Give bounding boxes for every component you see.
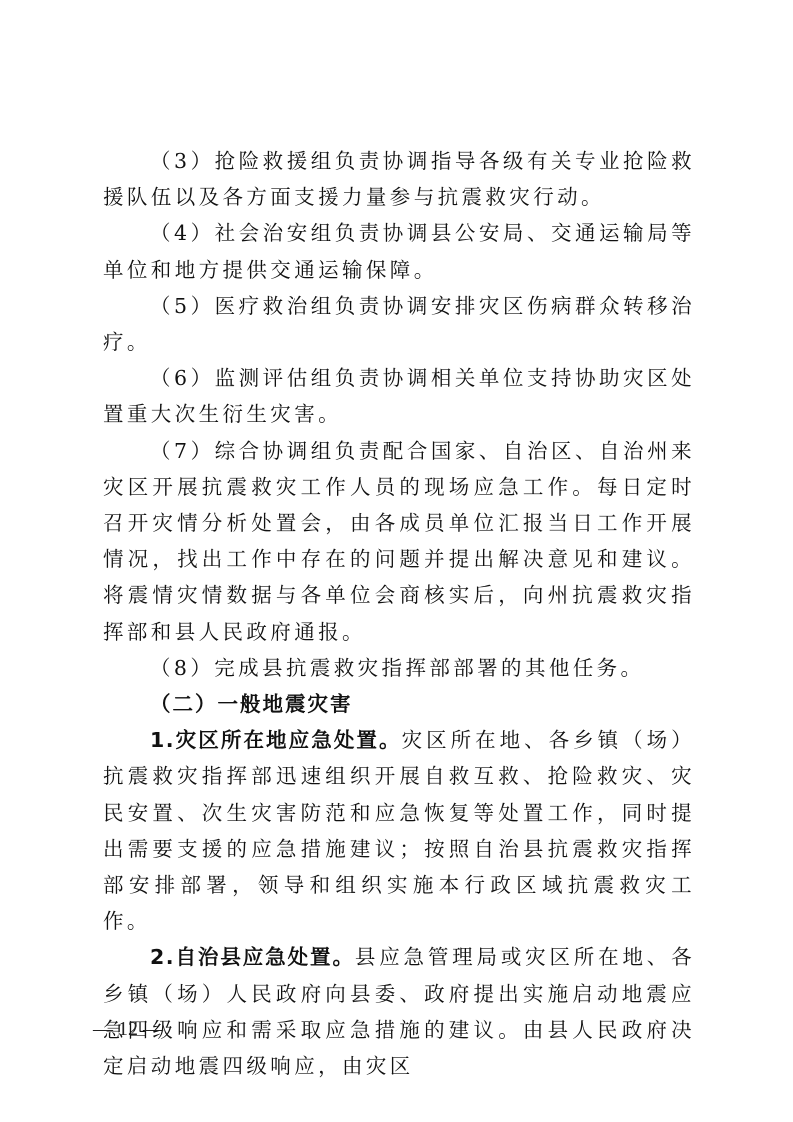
document-body: （3）抢险救援组负责协调指导各级有关专业抢险救援队伍以及各方面支援力量参与抗震救… bbox=[103, 143, 695, 1084]
section-heading: （二）一般地震灾害 bbox=[103, 686, 695, 722]
item-2-lead: 2.自治县应急处置。 bbox=[150, 945, 355, 969]
item-1-lead: 1.灾区所在地应急处置。 bbox=[150, 728, 402, 752]
paragraph-item-4: （4）社会治安组负责协调县公安局、交通运输局等单位和地方提供交通运输保障。 bbox=[103, 215, 695, 287]
numbered-item-2: 2.自治县应急处置。县应急管理局或灾区所在地、各乡镇（场）人民政府向县委、政府提… bbox=[103, 939, 695, 1084]
paragraph-item-3: （3）抢险救援组负责协调指导各级有关专业抢险救援队伍以及各方面支援力量参与抗震救… bbox=[103, 143, 695, 215]
paragraph-item-7: （7）综合协调组负责配合国家、自治区、自治州来灾区开展抗震救灾工作人员的现场应急… bbox=[103, 433, 695, 650]
paragraph-item-5: （5）医疗救治组负责协调安排灾区伤病群众转移治疗。 bbox=[103, 288, 695, 360]
document-page: （3）抢险救援组负责协调指导各级有关专业抢险救援队伍以及各方面支援力量参与抗震救… bbox=[0, 0, 793, 1122]
numbered-item-1: 1.灾区所在地应急处置。灾区所在地、各乡镇（场）抗震救灾指挥部迅速组织开展自救互… bbox=[103, 722, 695, 939]
paragraph-item-8: （8）完成县抗震救灾指挥部部署的其他任务。 bbox=[103, 650, 695, 686]
item-1-text: 灾区所在地、各乡镇（场）抗震救灾指挥部迅速组织开展自救互救、抢险救灾、灾民安置、… bbox=[103, 728, 695, 933]
page-number: — 12 — bbox=[93, 1018, 163, 1041]
paragraph-item-6: （6）监测评估组负责协调相关单位支持协助灾区处置重大次生衍生灾害。 bbox=[103, 360, 695, 432]
